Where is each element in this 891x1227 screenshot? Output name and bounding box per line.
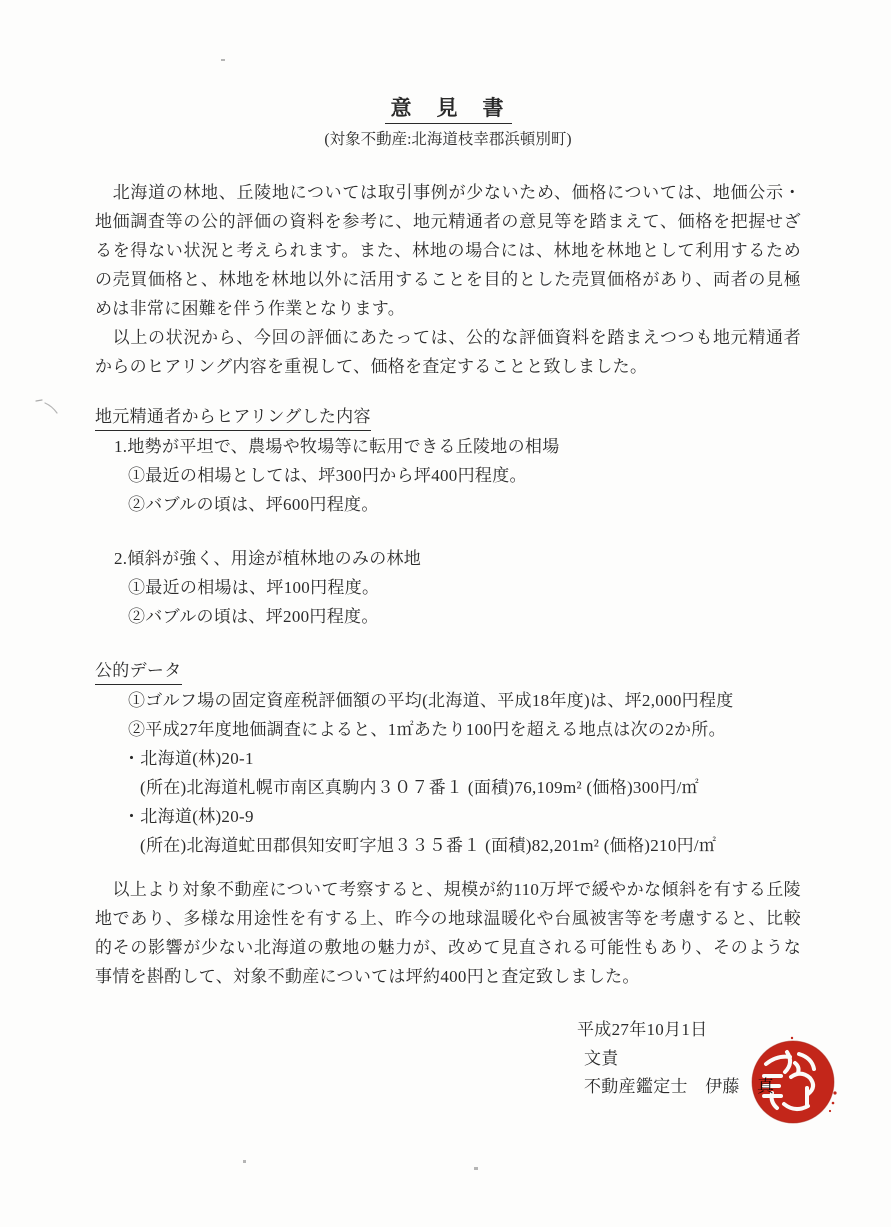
hanko-seal-icon	[747, 1033, 840, 1132]
public-data-section-heading: 公的データ	[95, 658, 182, 685]
hearing-item-2-sub-2: ②バブルの頃は、坪200円程度。	[95, 602, 801, 631]
scan-speck	[474, 1167, 478, 1170]
public-data-point-1-detail: (所在)北海道札幌市南区真駒内３０７番１ (面積)76,109m² (価格)30…	[95, 773, 801, 802]
hearing-item-1-title: 1.地勢が平坦で、農場や牧場等に転用できる丘陵地の相場	[95, 432, 801, 461]
public-data-line-1: ①ゴルフ場の固定資産税評価額の平均(北海道、平成18年度)は、坪2,000円程度	[95, 686, 801, 715]
conclusion-paragraph: 以上より対象不動産について考察すると、規模が約110万坪で緩やかな傾斜を有する丘…	[95, 875, 801, 991]
public-data-point-1-name: ・北海道(林)20-1	[95, 744, 801, 773]
pencil-mark	[34, 397, 62, 415]
document-page: 意 見 書 (対象不動産:北海道枝幸郡浜頓別町) 北海道の林地、丘陵地については…	[0, 0, 891, 1227]
document-body: 意 見 書 (対象不動産:北海道枝幸郡浜頓別町) 北海道の林地、丘陵地については…	[95, 0, 801, 1102]
public-data-line-2: ②平成27年度地価調査によると、1㎡あたり100円を超える地点は次の2か所。	[95, 715, 801, 744]
public-data-section: 公的データ	[95, 657, 801, 686]
hearing-item-1-sub-1: ①最近の相場としては、坪300円から坪400円程度。	[95, 461, 801, 490]
public-data-point-2-detail: (所在)北海道虻田郡倶知安町字旭３３５番１ (面積)82,201m² (価格)2…	[95, 831, 801, 860]
hearing-item-2-sub-1: ①最近の相場は、坪100円程度。	[95, 573, 801, 602]
document-title: 意 見 書	[385, 95, 512, 124]
scan-speck	[221, 59, 225, 61]
title-row: 意 見 書	[95, 95, 801, 124]
intro-paragraph-1: 北海道の林地、丘陵地については取引事例が少ないため、価格については、地価公示・地…	[95, 178, 801, 323]
scan-speck	[243, 1160, 246, 1163]
hearing-item-1-sub-2: ②バブルの頃は、坪600円程度。	[95, 490, 801, 519]
intro-paragraph-2: 以上の状況から、今回の評価にあたっては、公的な評価資料を踏まえつつも地元精通者か…	[95, 323, 801, 381]
public-data-point-2-name: ・北海道(林)20-9	[95, 802, 801, 831]
hearing-section: 地元精通者からヒアリングした内容	[95, 403, 801, 432]
hearing-item-2-title: 2.傾斜が強く、用途が植林地のみの林地	[95, 544, 801, 573]
document-subtitle: (対象不動産:北海道枝幸郡浜頓別町)	[95, 130, 801, 150]
hearing-section-heading: 地元精通者からヒアリングした内容	[95, 404, 371, 431]
